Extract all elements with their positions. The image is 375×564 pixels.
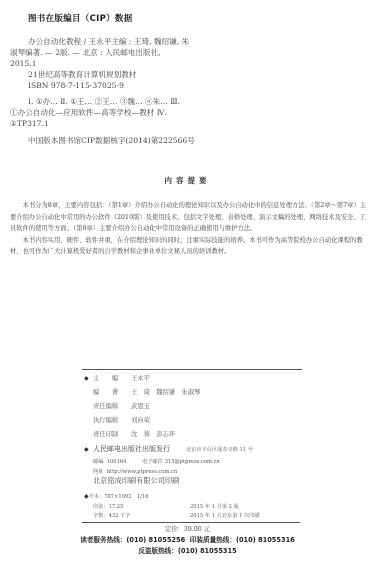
publisher-name: 人民邮电出版社出版发行 — [93, 445, 170, 453]
postcode: 100164 — [107, 459, 127, 465]
summary-paragraph: 本书内容实用，硬件、软件并重，在介绍理论知识的同时，注重实际技能的培养。本书可作… — [10, 235, 368, 258]
summary-paragraph: 本书分为8章，主要内容包括：（第1章）介绍办公自动化的理论知识以及办公自动化中的… — [10, 200, 368, 235]
credit-chief-editor: ◆主 编 王永平 — [84, 372, 150, 386]
credit-responsible-editor: 责任编辑 武恩玉 — [93, 400, 150, 414]
summary-body: 本书分为8章，主要内容包括：（第1章）介绍办公自动化的理论知识以及办公自动化中的… — [10, 200, 368, 258]
credit-print-manager: 责任印制 沈 蓉 彭志环 — [93, 428, 175, 442]
cip-line: 办公自动化教程 / 王永平主编 ; 王琦, 魏绍谦, 朱 — [28, 37, 189, 47]
cip-line: ①办公自动化—应用软件—高等学校—教材 Ⅳ. — [10, 108, 167, 118]
bullet-icon: ◆ — [84, 372, 93, 386]
email-link[interactable]: 315@ptpress.com.cn — [165, 459, 220, 465]
cip-isbn: ISBN 978-7-115-37025-9 — [28, 81, 124, 91]
cip-line: ①TP317.1 — [10, 119, 49, 129]
cip-line: 21世纪高等教育计算机规划教材 — [28, 70, 136, 80]
hotline-row: 读者服务热线：(010) 81055256 印装质量热线：(010) 81055… — [0, 534, 375, 544]
anti-piracy-hotline: 反盗版热线：(010) 81055315 — [0, 545, 375, 555]
spec-edition: 2015 年 1 月第 2 版 — [190, 503, 239, 510]
printer-name: 北京铭成印刷有限公司印刷 — [93, 476, 179, 486]
divider-top — [82, 369, 302, 370]
credit-executive-editor: 执行编辑 刘向荣 — [93, 414, 150, 428]
publisher-address: 北京市丰台区成寿寺路 11 号 — [186, 447, 253, 453]
bullet-icon: ◆ — [84, 443, 93, 457]
cip-verification: 中国版本图书馆CIP数据核字(2014)第222566号 — [28, 136, 195, 146]
divider-bottom — [82, 522, 300, 523]
credit-authors: 编 著 王 琦 魏绍谦 朱淑琴 — [93, 386, 200, 400]
cip-line: 2015.1 — [10, 59, 37, 69]
spec-format: ◆开本：787×1092 1/16 — [84, 493, 148, 500]
spec-words: 字数：432 千字 — [93, 512, 131, 519]
print-quality-hotline: 印装质量热线：(010) 81055316 — [190, 536, 295, 544]
price: 定价：39.00 元 — [0, 524, 375, 533]
spec-sheets: 印张：17.25 — [93, 503, 123, 510]
publisher-contact: 邮编 100164 电子邮件 315@ptpress.com.cn — [93, 458, 220, 465]
cip-line: 淑琴编著. — 2版. — 北京 : 人民邮电出版社, — [10, 48, 161, 58]
spec-printing: 2015 年 1 月北京第 1 次印刷 — [190, 512, 260, 519]
website-link[interactable]: http://www.ptpress.com.cn — [107, 469, 178, 475]
publisher-line: ◆人民邮电出版社出版发行 北京市丰台区成寿寺路 11 号 — [84, 442, 253, 457]
summary-title: 内容提要 — [0, 175, 375, 186]
cip-line: Ⅰ. ①办… Ⅱ. ①王… ②王… ③魏… ④朱… Ⅲ. — [28, 97, 180, 107]
publisher-website: 网址 http://www.ptpress.com.cn — [93, 468, 177, 475]
reader-service-hotline: 读者服务热线：(010) 81055256 — [80, 536, 185, 544]
cip-title: 图书在版编目（CIP）数据 — [28, 12, 133, 24]
